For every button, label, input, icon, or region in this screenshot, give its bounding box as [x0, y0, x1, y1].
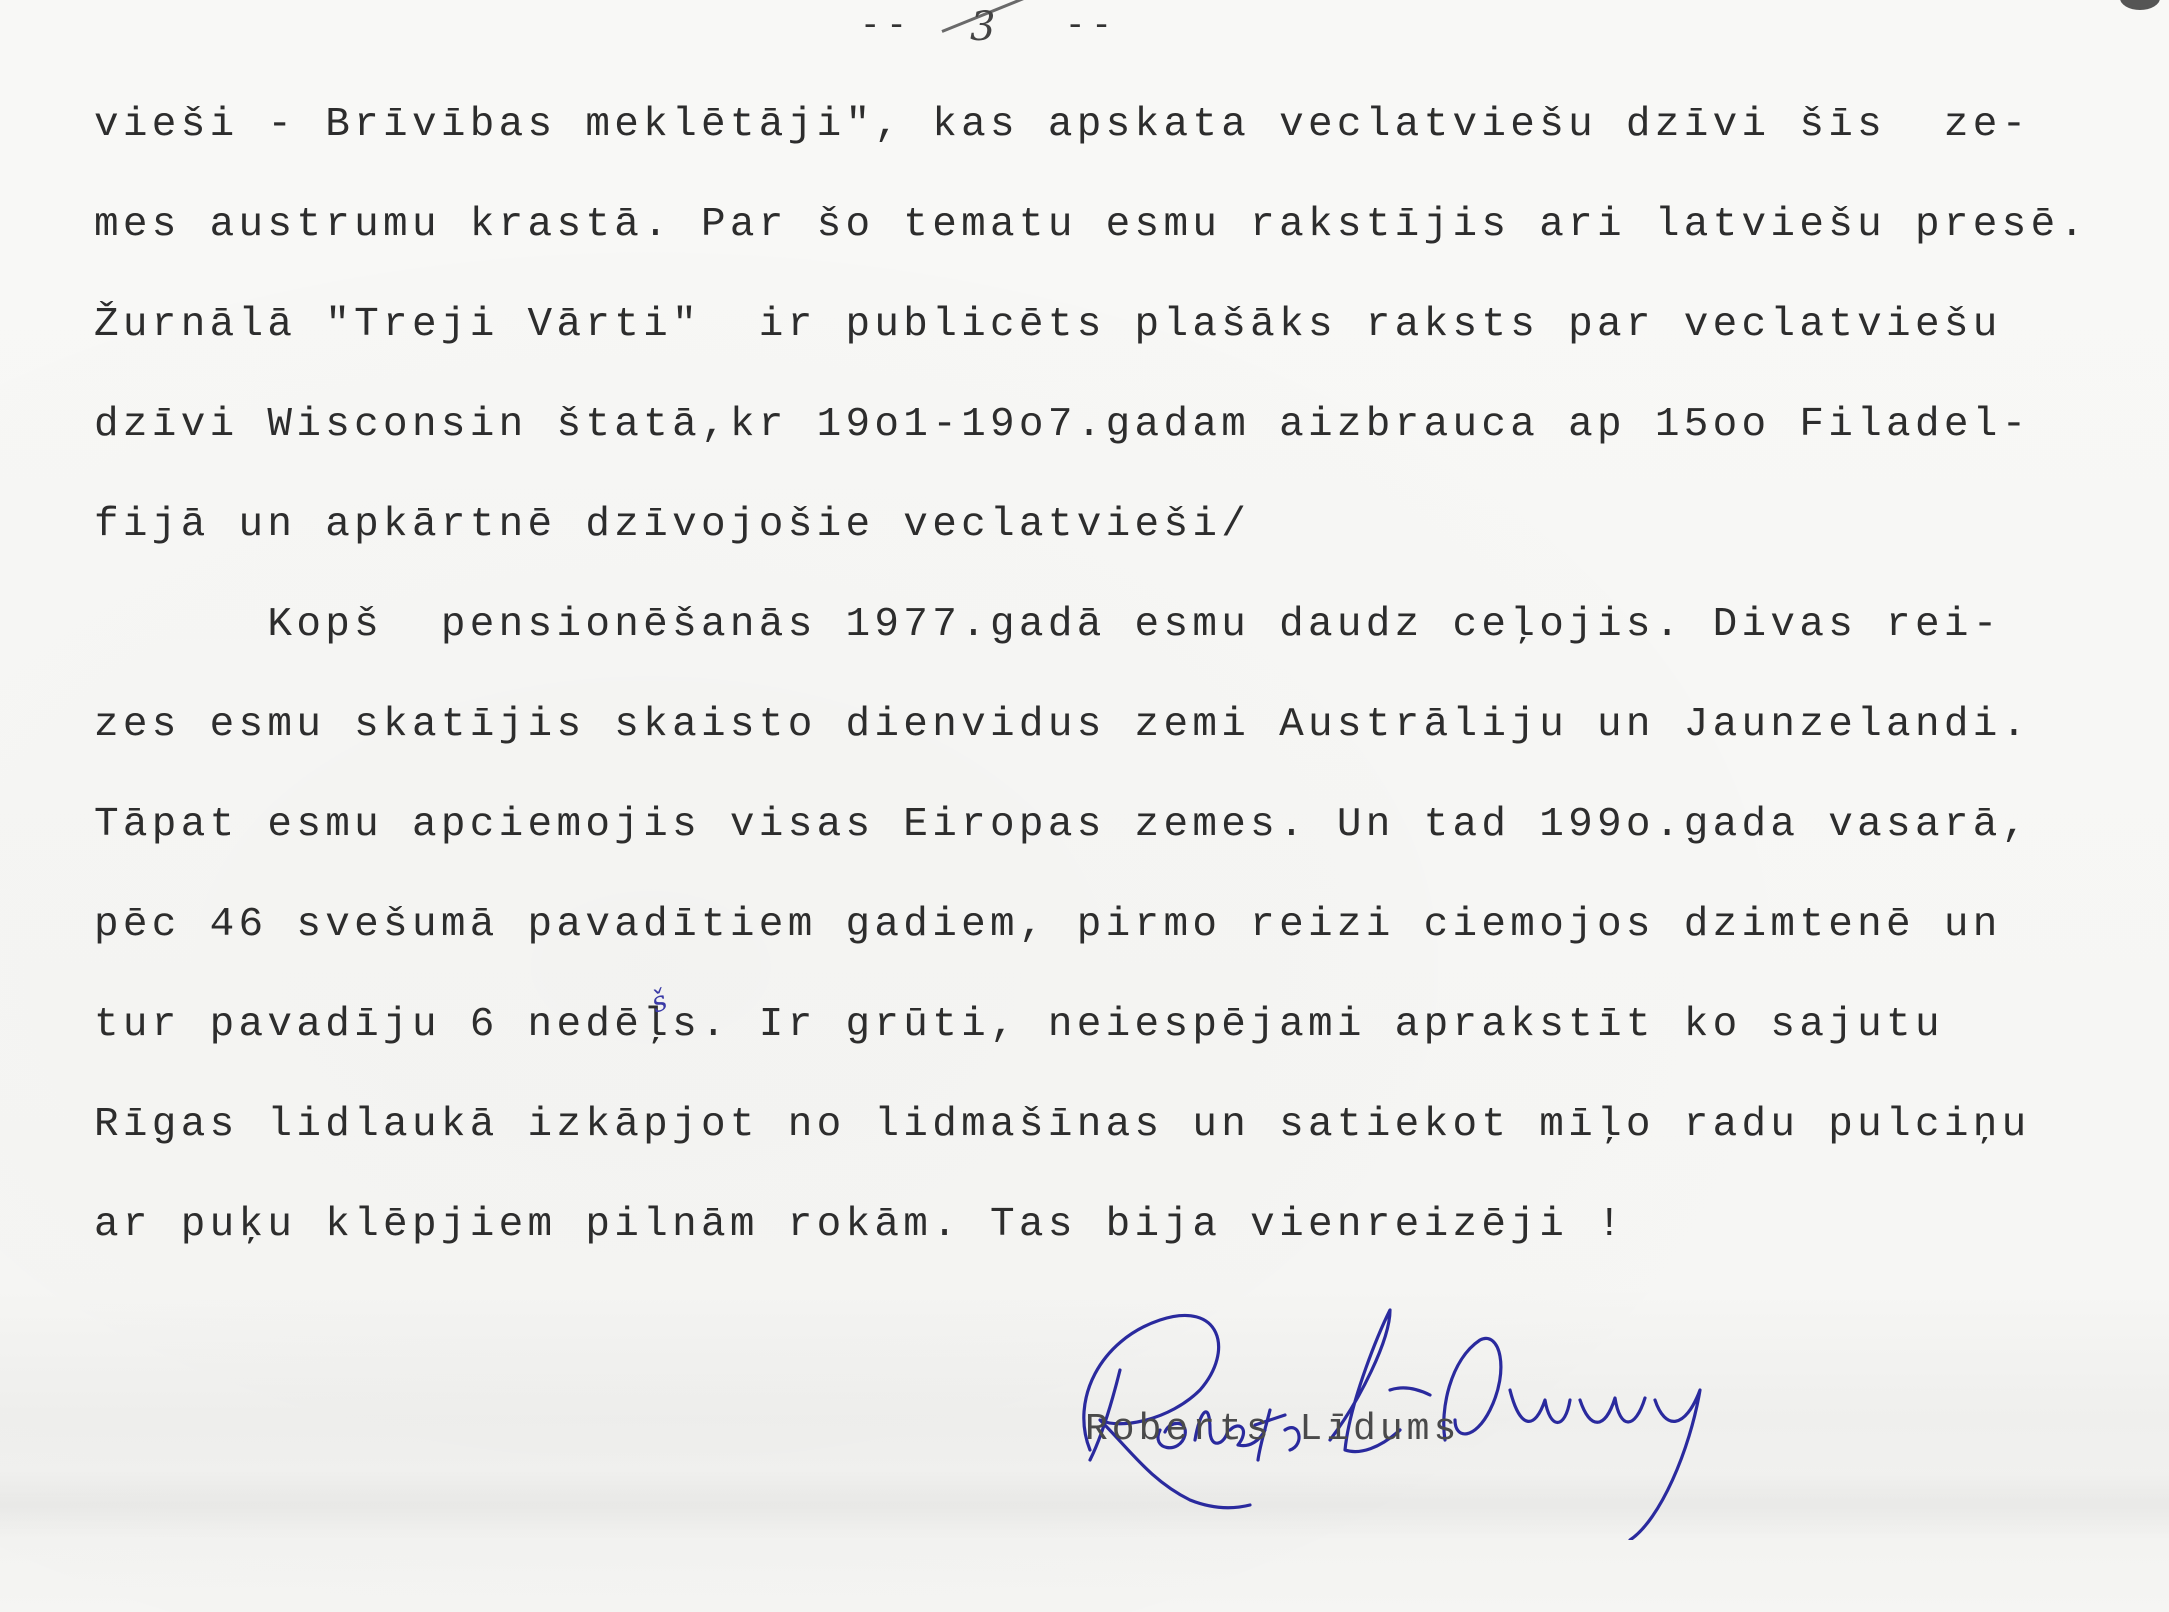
text-line: tur pavadīju 6 nedēļs. Ir grūti, neiespē… [94, 1002, 1944, 1048]
typed-signature-name: Roberts Līdums [1085, 1408, 1460, 1451]
text-line: dzīvi Wisconsin štatā,kr 19o1-19o7.gadam… [94, 402, 2031, 448]
header-dash-right: -- [1065, 8, 1118, 46]
text-line: fijā un apkārtnē dzīvojošie veclatvieši/ [94, 502, 1250, 548]
page-header: -- 3 -- [840, 8, 1140, 58]
header-dash-left: -- [860, 8, 913, 46]
text-line: Kopš pensionēšanās 1977.gadā esmu daudz … [94, 602, 2002, 648]
text-line: Rīgas lidlaukā izkāpjot no lidmašīnas un… [94, 1102, 2031, 1148]
page-number: 3 [970, 4, 1001, 50]
text-line: Žurnālā "Treji Vārti" ir publicēts plašā… [94, 302, 2002, 348]
text-line: Tāpat esmu apciemojis visas Eiropas zeme… [94, 802, 2031, 848]
text-line: vieši - Brīvības meklētāji", kas apskata… [94, 102, 2031, 148]
text-line: zes esmu skatījis skaisto dienvidus zemi… [94, 702, 2031, 748]
text-line: pēc 46 svešumā pavadītiem gadiem, pirmo … [94, 902, 2002, 948]
text-line: mes austrumu krastā. Par šo tematu esmu … [94, 202, 2088, 248]
text-line: ar puķu klēpjiem pilnām rokām. Tas bija … [94, 1202, 1626, 1248]
